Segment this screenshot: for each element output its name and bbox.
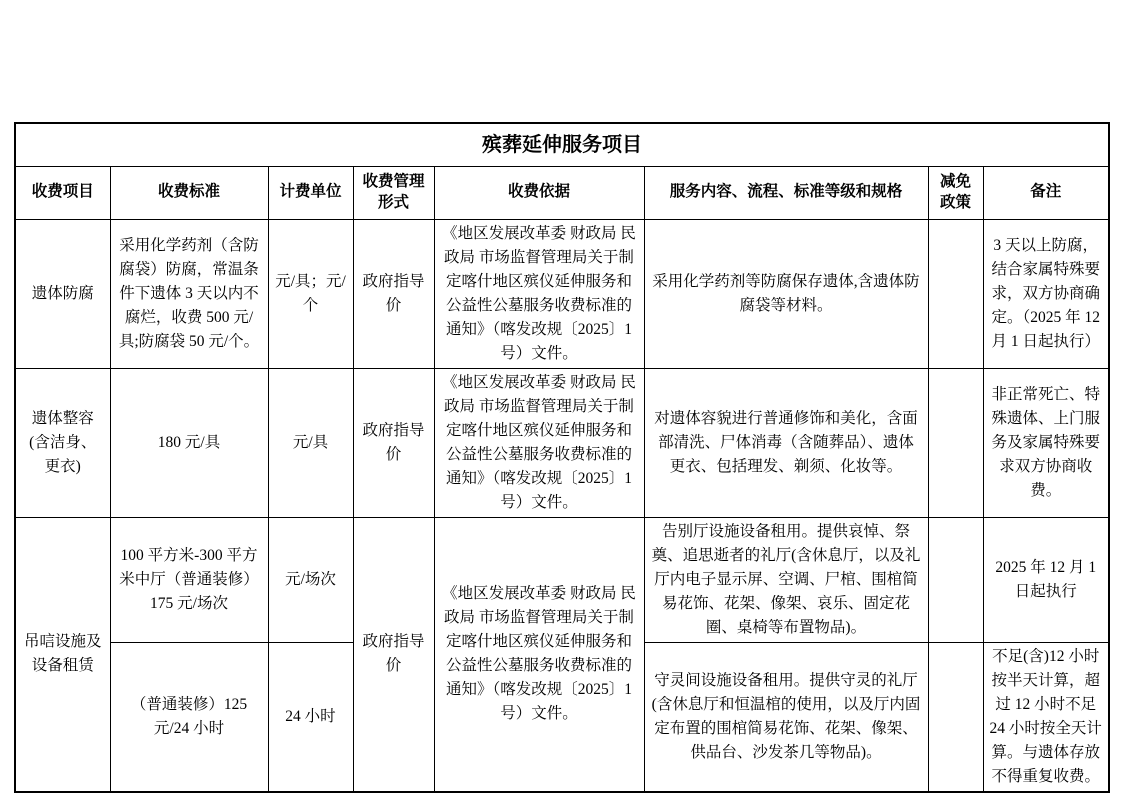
embalming-basis-cell: 《地区发展改革委 财政局 民政局 市场监督管理局关于制定喀什地区殡仪延伸服务和公…: [434, 219, 644, 368]
cosmetic-relief-cell: [928, 368, 983, 517]
cosmetic-item-cell: 遗体整容(含洁身、更衣): [15, 368, 110, 517]
row-cosmetic: 遗体整容(含洁身、更衣) 180 元/具 元/具 政府指导价 《地区发展改革委 …: [15, 368, 1109, 517]
embalming-management-cell: 政府指导价: [353, 219, 434, 368]
col-header-content: 服务内容、流程、标准等级和规格: [644, 166, 928, 219]
table-title: 殡葬延伸服务项目: [15, 123, 1109, 166]
row-rental-hall: 吊唁设施及设备租赁 100 平方米-300 平方米中厅（普通装修）175 元/场…: [15, 517, 1109, 642]
embalming-unit-cell: 元/具；元/个: [268, 219, 353, 368]
row-embalming: 遗体防腐 采用化学药剂（含防腐袋）防腐，常温条件下遗体 3 天以内不腐烂，收费 …: [15, 219, 1109, 368]
table-header-row: 收费项目 收费标准 计费单位 收费管理形式 收费依据 服务内容、流程、标准等级和…: [15, 166, 1109, 219]
cosmetic-unit-cell: 元/具: [268, 368, 353, 517]
rental-hall-unit-cell: 元/场次: [268, 517, 353, 642]
embalming-remark-cell: 3 天以上防腐，结合家属特殊要求，双方协商确定。（2025 年 12 月 1 日…: [983, 219, 1109, 368]
rental-vigil-relief-cell: [928, 642, 983, 792]
cosmetic-remark-cell: 非正常死亡、特殊遗体、上门服务及家属特殊要求双方协商收费。: [983, 368, 1109, 517]
col-header-management: 收费管理形式: [353, 166, 434, 219]
col-header-item: 收费项目: [15, 166, 110, 219]
col-header-standard: 收费标准: [110, 166, 268, 219]
rental-hall-standard-cell: 100 平方米-300 平方米中厅（普通装修）175 元/场次: [110, 517, 268, 642]
col-header-remark: 备注: [983, 166, 1109, 219]
cosmetic-standard-cell: 180 元/具: [110, 368, 268, 517]
cosmetic-basis-cell: 《地区发展改革委 财政局 民政局 市场监督管理局关于制定喀什地区殡仪延伸服务和公…: [434, 368, 644, 517]
rental-hall-relief-cell: [928, 517, 983, 642]
embalming-content-cell: 采用化学药剂等防腐保存遗体,含遗体防腐袋等材料。: [644, 219, 928, 368]
col-header-unit: 计费单位: [268, 166, 353, 219]
embalming-relief-cell: [928, 219, 983, 368]
rental-vigil-unit-cell: 24 小时: [268, 642, 353, 792]
fee-schedule-table: 殡葬延伸服务项目 收费项目 收费标准 计费单位 收费管理形式 收费依据 服务内容…: [14, 122, 1110, 793]
rental-management-cell: 政府指导价: [353, 517, 434, 792]
rental-vigil-content-cell: 守灵间设施设备租用。提供守灵的礼厅(含休息厅和恒温棺的使用，以及厅内固定布置的围…: [644, 642, 928, 792]
cosmetic-content-cell: 对遗体容貌进行普通修饰和美化，含面部清洗、尸体消毒（含随葬品）、遗体更衣、包括理…: [644, 368, 928, 517]
col-header-basis: 收费依据: [434, 166, 644, 219]
table-title-row: 殡葬延伸服务项目: [15, 123, 1109, 166]
rental-vigil-remark-cell: 不足(含)12 小时按半天计算，超过 12 小时不足 24 小时按全天计算。与遗…: [983, 642, 1109, 792]
rental-basis-cell: 《地区发展改革委 财政局 民政局 市场监督管理局关于制定喀什地区殡仪延伸服务和公…: [434, 517, 644, 792]
rental-hall-remark-cell: 2025 年 12 月 1 日起执行: [983, 517, 1109, 642]
document-page: 殡葬延伸服务项目 收费项目 收费标准 计费单位 收费管理形式 收费依据 服务内容…: [0, 0, 1122, 793]
cosmetic-management-cell: 政府指导价: [353, 368, 434, 517]
rental-vigil-standard-cell: （普通装修）125 元/24 小时: [110, 642, 268, 792]
embalming-standard-cell: 采用化学药剂（含防腐袋）防腐，常温条件下遗体 3 天以内不腐烂，收费 500 元…: [110, 219, 268, 368]
rental-hall-content-cell: 告别厅设施设备租用。提供哀悼、祭奠、追思逝者的礼厅(含休息厅，以及礼厅内电子显示…: [644, 517, 928, 642]
col-header-relief: 减免政策: [928, 166, 983, 219]
rental-item-cell: 吊唁设施及设备租赁: [15, 517, 110, 792]
embalming-item-cell: 遗体防腐: [15, 219, 110, 368]
